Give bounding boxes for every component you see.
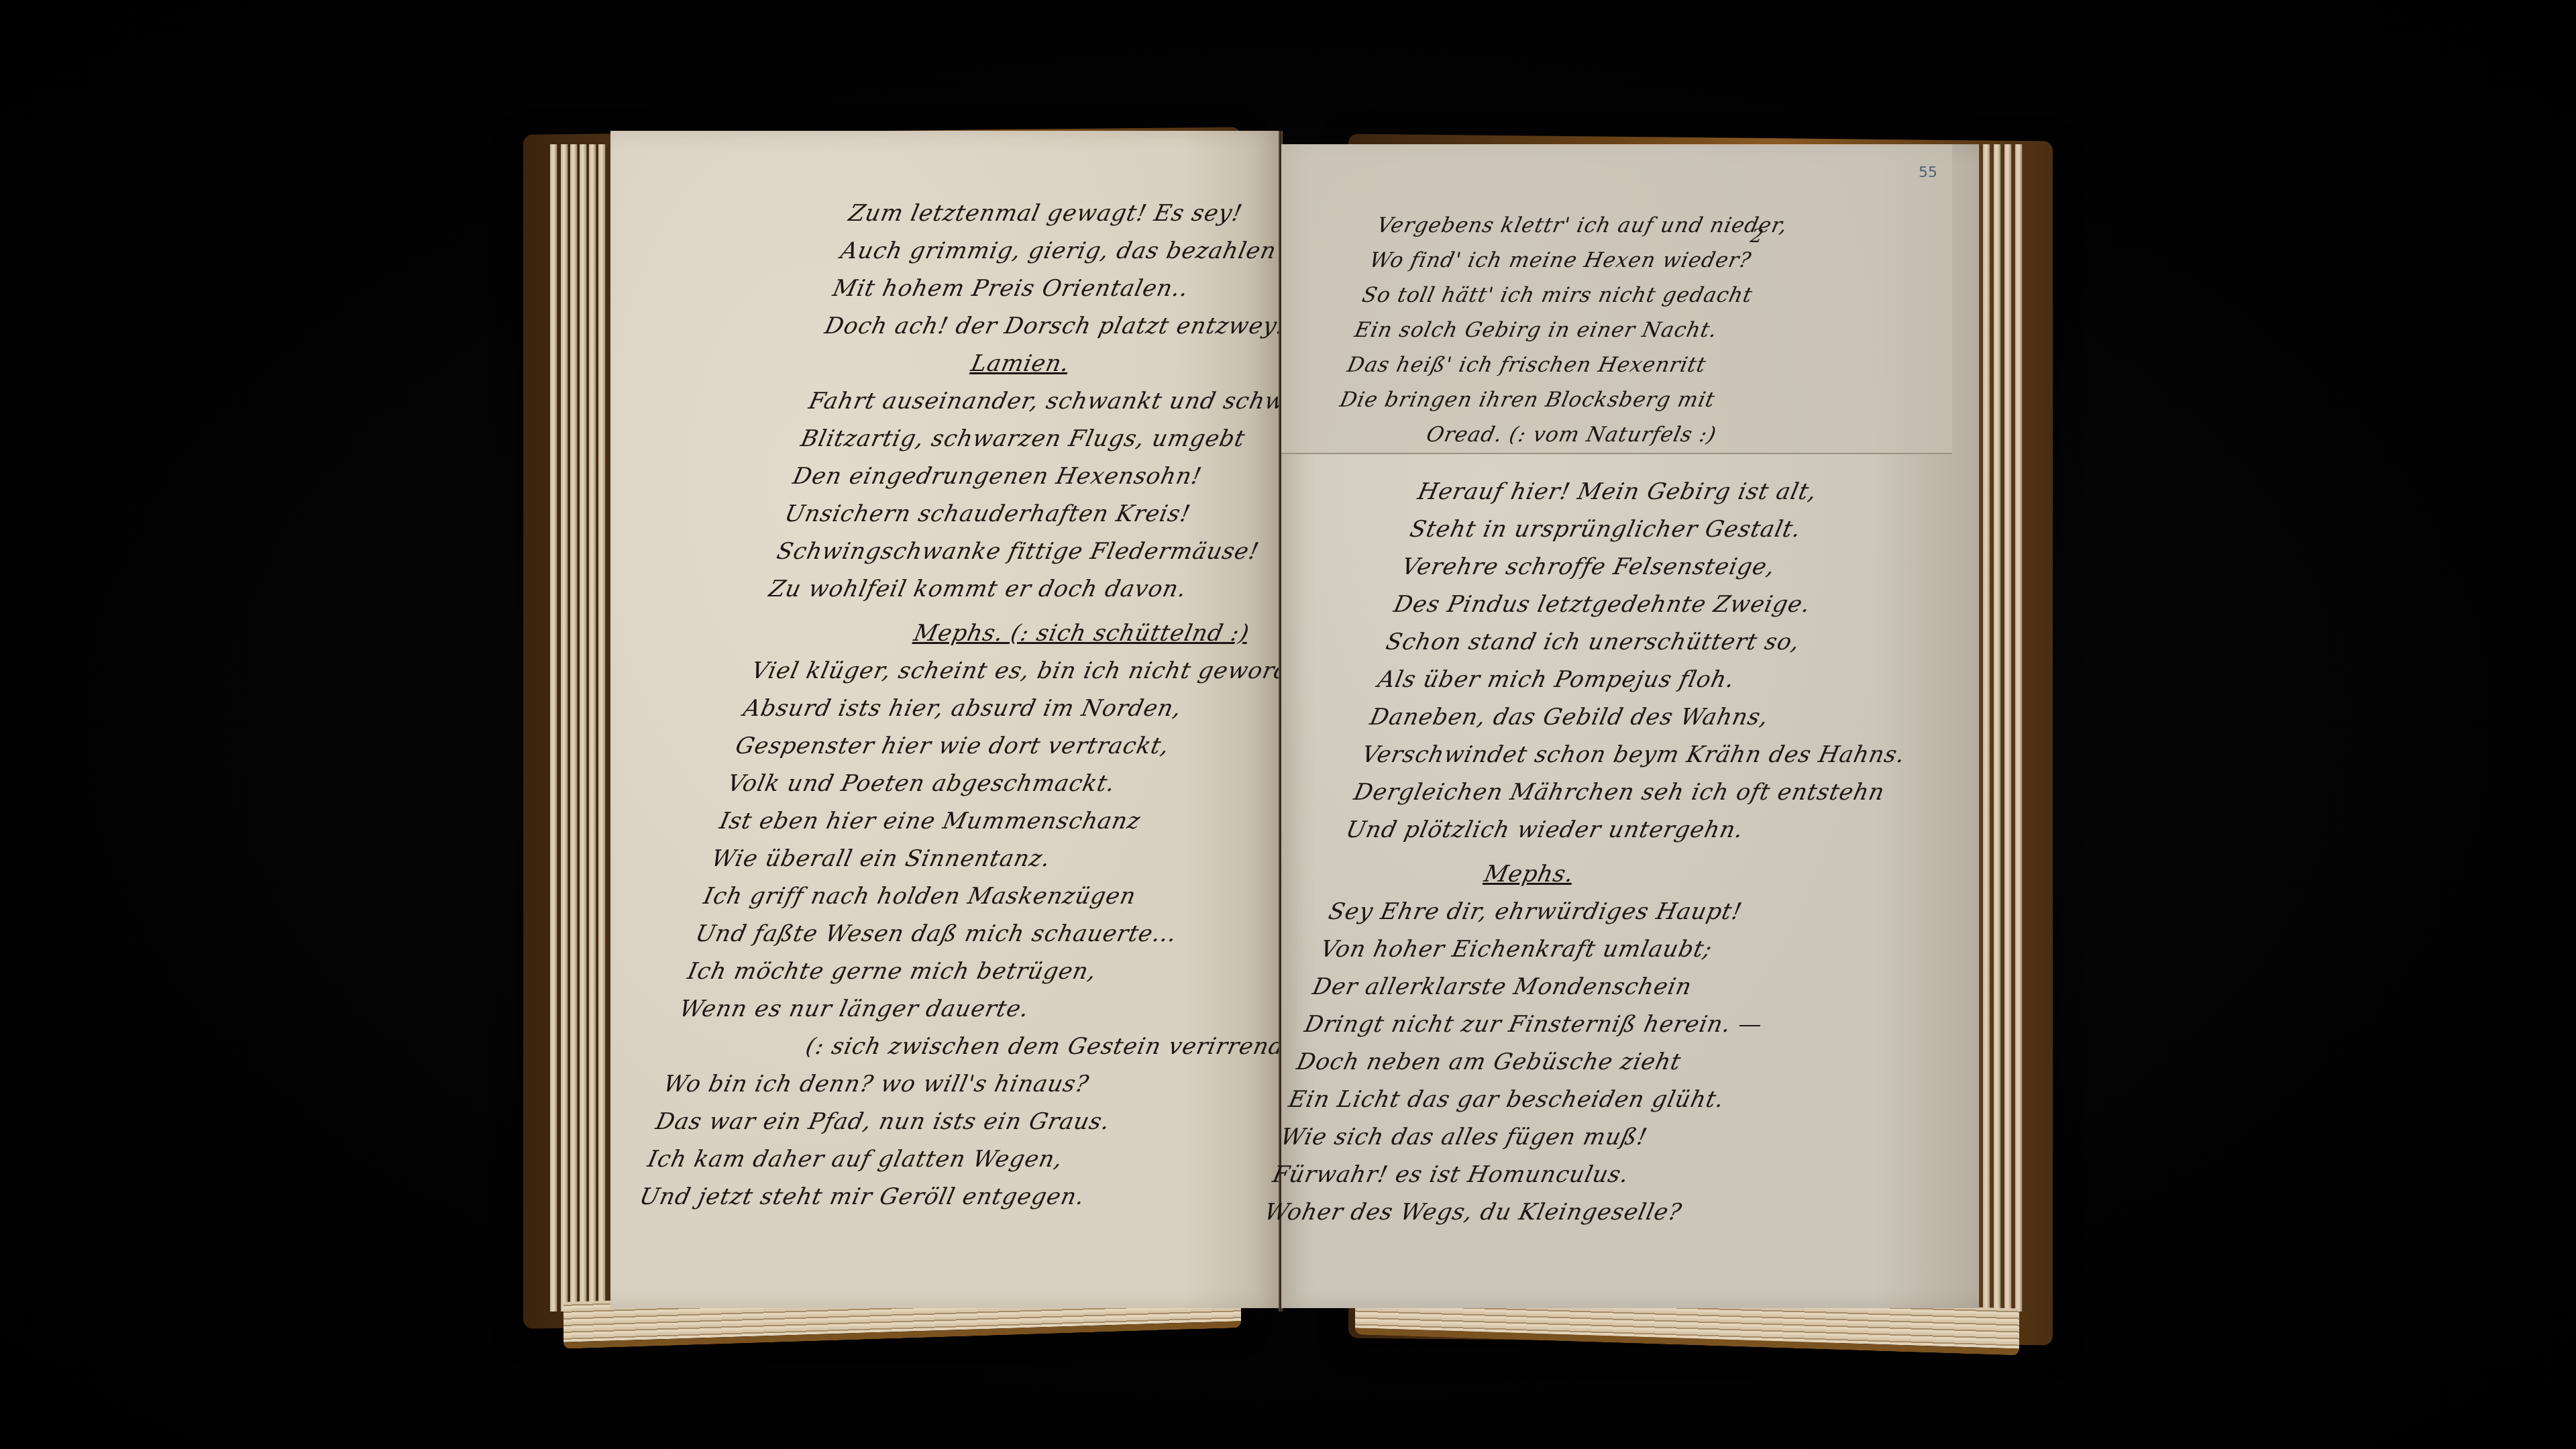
text-line: Woher des Wegs, du Kleingeselle? — [1261, 1193, 1812, 1231]
text-line: Vergebens klettr' ich auf und nieder, — [1374, 208, 1791, 243]
text-line: Schon stand ich unerschüttert so, — [1383, 623, 1933, 661]
text-line: Daneben, das Gebild des Wahns, — [1366, 698, 1917, 736]
text-line: Wo bin ich denn? wo will's hinaus? — [660, 1065, 1306, 1103]
text-line: Wo find' ich meine Hexen wieder? — [1366, 243, 1784, 278]
text-line: Die bringen ihren Blocksberg mit — [1336, 382, 1754, 417]
text-line: Sey Ehre dir, ehrwürdiges Haupt! — [1325, 893, 1876, 930]
text-line: Und jetzt steht mir Geröll entgegen. — [636, 1178, 1282, 1216]
left-page-edges — [550, 144, 610, 1311]
text-line: Des Pindus letztgedehnte Zweige. — [1390, 586, 1941, 623]
open-manuscript-book: Zum letztenmal gewagt! Es sey! Auch grim… — [523, 124, 2053, 1352]
text-line: Wenn es nur länger dauerte. — [676, 990, 1322, 1028]
pasted-paper-slip: Vergebens klettr' ich auf und nieder, Wo… — [1281, 144, 1952, 454]
text-line: Wie sich das alles fügen muß! — [1277, 1118, 1828, 1156]
text-line: Ich kam daher auf glatten Wegen, — [644, 1140, 1290, 1178]
text-line: Das heiß' ich frischen Hexenritt — [1344, 347, 1761, 382]
text-line: So toll hätt' ich mirs nicht gedacht — [1359, 278, 1776, 313]
text-line: Ein Licht das gar bescheiden glüht. — [1285, 1081, 1836, 1118]
text-line: Und faßte Wesen daß mich schauerte... — [692, 915, 1338, 953]
text-line: Von hoher Eichenkraft umlaubt; — [1317, 930, 1868, 968]
left-page: Zum letztenmal gewagt! Es sey! Auch grim… — [610, 131, 1281, 1308]
text-line: Dergleichen Mährchen seh ich oft entsteh… — [1350, 773, 1901, 811]
speaker-heading: Mephs. — [1333, 855, 1884, 893]
text-line: Wie überall ein Sinnentanz. — [708, 840, 1354, 877]
text-line: Ich möchte gerne mich betrügen, — [684, 953, 1330, 990]
slip-text: Vergebens klettr' ich auf und nieder, Wo… — [1329, 208, 1791, 452]
text-line: Als über mich Pompejus floh. — [1375, 661, 1925, 698]
text-line: Verschwindet schon beym Krähn des Hahns. — [1358, 736, 1909, 773]
corner-ink-mark: 55 — [1919, 164, 1937, 181]
right-page: Vergebens klettr' ich auf und nieder, Wo… — [1281, 144, 1979, 1308]
text-line: Das war ein Pfad, nun ists ein Graus. — [652, 1103, 1298, 1140]
right-page-text: Herauf hier! Mein Gebirg ist alt, Steht … — [1261, 473, 1965, 1231]
text-line: Und plötzlich wieder untergehn. — [1342, 811, 1893, 849]
text-line: Steht in ursprünglicher Gestalt. — [1406, 511, 1957, 548]
text-line: Ein solch Gebirg in einer Nacht. — [1351, 313, 1768, 347]
text-line: Dringt nicht zur Finsterniß herein. — — [1301, 1006, 1851, 1043]
text-line: Herauf hier! Mein Gebirg ist alt, — [1414, 473, 1965, 511]
text-line: Doch neben am Gebüsche zieht — [1293, 1043, 1844, 1081]
speaker-line: Oread. (: vom Naturfels :) — [1329, 417, 1746, 452]
text-line: Ich griff nach holden Maskenzügen — [700, 877, 1346, 915]
stage-direction: (: sich zwischen dem Gestein verirrend :… — [668, 1028, 1314, 1065]
text-line: Ist eben hier eine Mummenschanz — [716, 802, 1362, 840]
text-line: Volk und Poeten abgeschmackt. — [724, 765, 1370, 802]
text-line: Fürwahr! es ist Homunculus. — [1269, 1156, 1820, 1193]
text-line: Der allerklarste Mondenschein — [1309, 968, 1860, 1006]
text-line: Verehre schroffe Felsensteige, — [1398, 548, 1949, 586]
